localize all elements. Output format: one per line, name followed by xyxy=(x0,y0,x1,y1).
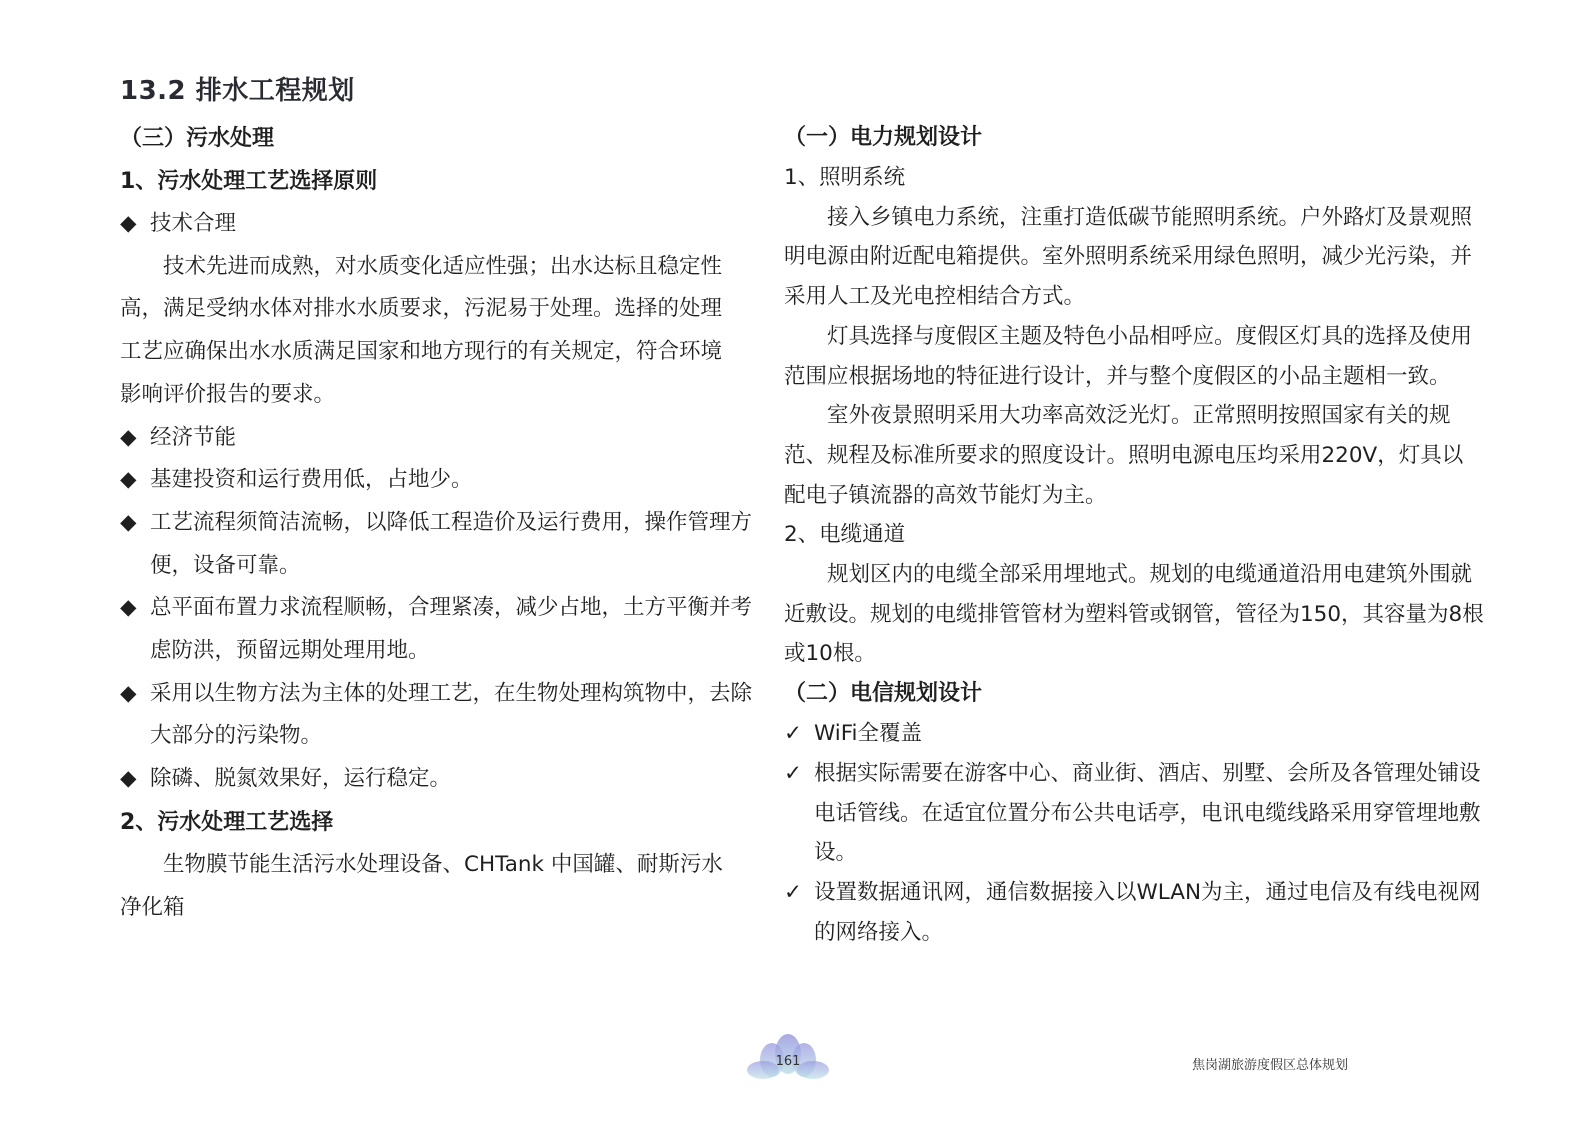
subheading-principles: 1、污水处理工艺选择原则 xyxy=(120,160,760,203)
paragraph-lighting-1: 接入乡镇电力系统，注重打造低碳节能照明系统。户外路灯及景观照明电源由附近配电箱提… xyxy=(784,198,1484,317)
check-item: ✓ 设置数据通讯网，通信数据接入以WLAN为主，通过电信及有线电视网的网络接入。 xyxy=(784,873,1484,952)
paragraph-process: 生物膜节能生活污水处理设备、CHTank 中国罐、耐斯污水净化箱 xyxy=(120,844,740,929)
page-number: 161 xyxy=(772,1054,804,1069)
section-heading-power: （一）电力规划设计 xyxy=(784,118,1484,158)
bullet-item: ◆ 工艺流程须简洁流畅，以降低工程造价及运行费用，操作管理方便，设备可靠。 xyxy=(120,502,760,587)
paragraph-lighting-3: 室外夜景照明采用大功率高效泛光灯。正常照明按照国家有关的规范、规程及标准所要求的… xyxy=(784,396,1484,515)
checkmark-icon: ✓ xyxy=(784,714,814,754)
bullet-item: ◆ 基建投资和运行费用低，占地少。 xyxy=(120,459,760,502)
paragraph-lighting-2: 灯具选择与度假区主题及特色小品相呼应。度假区灯具的选择及使用范围应根据场地的特征… xyxy=(784,317,1484,396)
bullet-item: ◆ 经济节能 xyxy=(120,417,760,460)
paragraph-tech: 技术先进而成熟，对水质变化适应性强；出水达标且稳定性高，满足受纳水体对排水水质要… xyxy=(120,246,740,417)
subheading-cable: 2、电缆通道 xyxy=(784,515,1484,555)
bullet-item: ◆ 采用以生物方法为主体的处理工艺，在生物处理构筑物中，去除大部分的污染物。 xyxy=(120,673,760,758)
right-column: （一）电力规划设计 1、照明系统 接入乡镇电力系统，注重打造低碳节能照明系统。户… xyxy=(784,118,1484,952)
checkmark-icon: ✓ xyxy=(784,754,814,873)
section-heading-telecom: （二）电信规划设计 xyxy=(784,674,1484,714)
subheading-lighting: 1、照明系统 xyxy=(784,158,1484,198)
page-title: 13.2 排水工程规划 xyxy=(120,70,355,107)
bullet-item: ◆ 技术合理 xyxy=(120,203,760,246)
left-column: （三）污水处理 1、污水处理工艺选择原则 ◆ 技术合理 技术先进而成熟，对水质变… xyxy=(120,118,760,929)
diamond-bullet-icon: ◆ xyxy=(120,587,150,672)
diamond-bullet-icon: ◆ xyxy=(120,203,150,246)
check-item: ✓ 根据实际需要在游客中心、商业街、酒店、别墅、会所及各管理处铺设电话管线。在适… xyxy=(784,754,1484,873)
checkmark-icon: ✓ xyxy=(784,873,814,952)
diamond-bullet-icon: ◆ xyxy=(120,459,150,502)
diamond-bullet-icon: ◆ xyxy=(120,758,150,801)
diamond-bullet-icon: ◆ xyxy=(120,502,150,587)
check-item: ✓ WiFi全覆盖 xyxy=(784,714,1484,754)
bullet-item: ◆ 总平面布置力求流程顺畅，合理紧凑，减少占地，土方平衡并考虑防洪，预留远期处理… xyxy=(120,587,760,672)
diamond-bullet-icon: ◆ xyxy=(120,417,150,460)
bullet-item: ◆ 除磷、脱氮效果好，运行稳定。 xyxy=(120,758,760,801)
section-heading-sewage: （三）污水处理 xyxy=(120,118,760,160)
subheading-process: 2、污水处理工艺选择 xyxy=(120,801,760,844)
paragraph-cable: 规划区内的电缆全部采用埋地式。规划的电缆通道沿用电建筑外围就近敷设。规划的电缆排… xyxy=(784,555,1484,674)
document-title: 焦岗湖旅游度假区总体规划 xyxy=(1192,1054,1348,1073)
diamond-bullet-icon: ◆ xyxy=(120,673,150,758)
